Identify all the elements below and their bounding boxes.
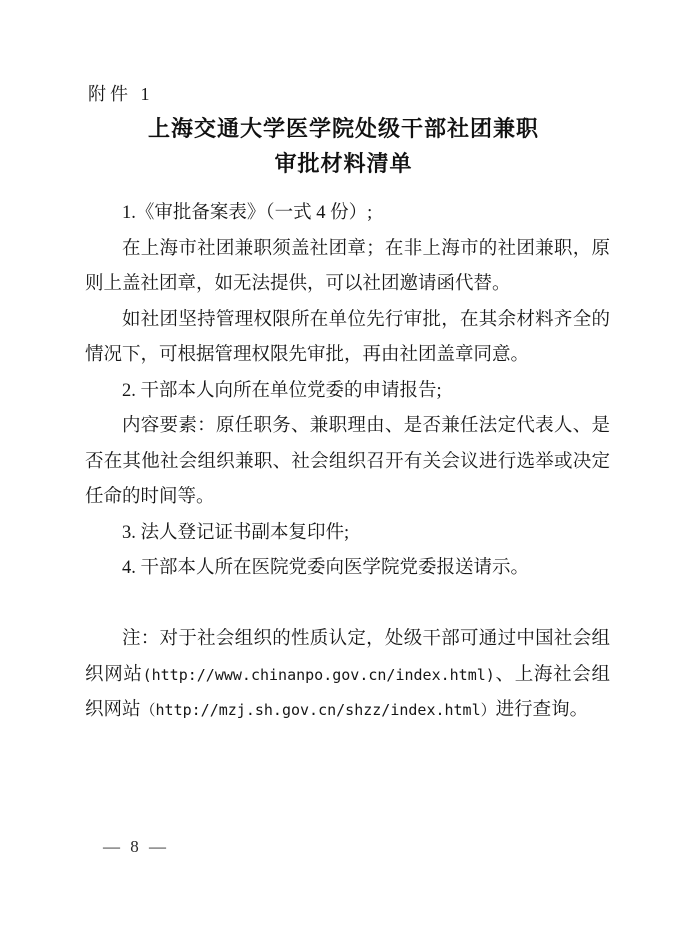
list-item-1: 1.《审批备案表》（一式 4 份）; [85,196,610,232]
document-title-line-2: 审批材料清单 [0,146,687,181]
page-number: — 8 — [103,837,169,857]
document-page: 附件 1 上海交通大学医学院处级干部社团兼职 审批材料清单 1.《审批备案表》（… [0,0,687,927]
body-paragraph: 内容要素：原任职务、兼职理由、是否兼任法定代表人、是否在其他社会组织兼职、社会组… [85,409,610,516]
body-paragraph: 如社团坚持管理权限所在单位先行审批，在其余材料齐全的情况下，可根据管理权限先审批… [85,303,610,374]
body-paragraph: 在上海市社团兼职须盖社团章；在非上海市的社团兼职，原则上盖社团章，如无法提供，可… [85,232,610,303]
note-url-shanghai: （http://mzj.sh.gov.cn/shzz/index.html） [141,701,496,719]
document-title: 上海交通大学医学院处级干部社团兼职 审批材料清单 [0,111,687,181]
list-item-2: 2. 干部本人向所在单位党委的申请报告; [85,374,610,410]
list-item-4: 4. 干部本人所在医院党委向医学院党委报送请示。 [85,551,610,587]
note-paragraph: 注：对于社会组织的性质认定，处级干部可通过中国社会组织网站(http://www… [85,622,610,729]
note-text: 进行查询。 [496,700,589,720]
document-body: 1.《审批备案表》（一式 4 份）; 在上海市社团兼职须盖社团章；在非上海市的社… [85,196,610,729]
document-title-line-1: 上海交通大学医学院处级干部社团兼职 [0,111,687,146]
attachment-label: 附件 1 [88,80,154,106]
note-url-chinanpo: (http://www.chinanpo.gov.cn/index.html) [143,666,495,684]
list-item-3: 3. 法人登记证书副本复印件; [85,516,610,552]
